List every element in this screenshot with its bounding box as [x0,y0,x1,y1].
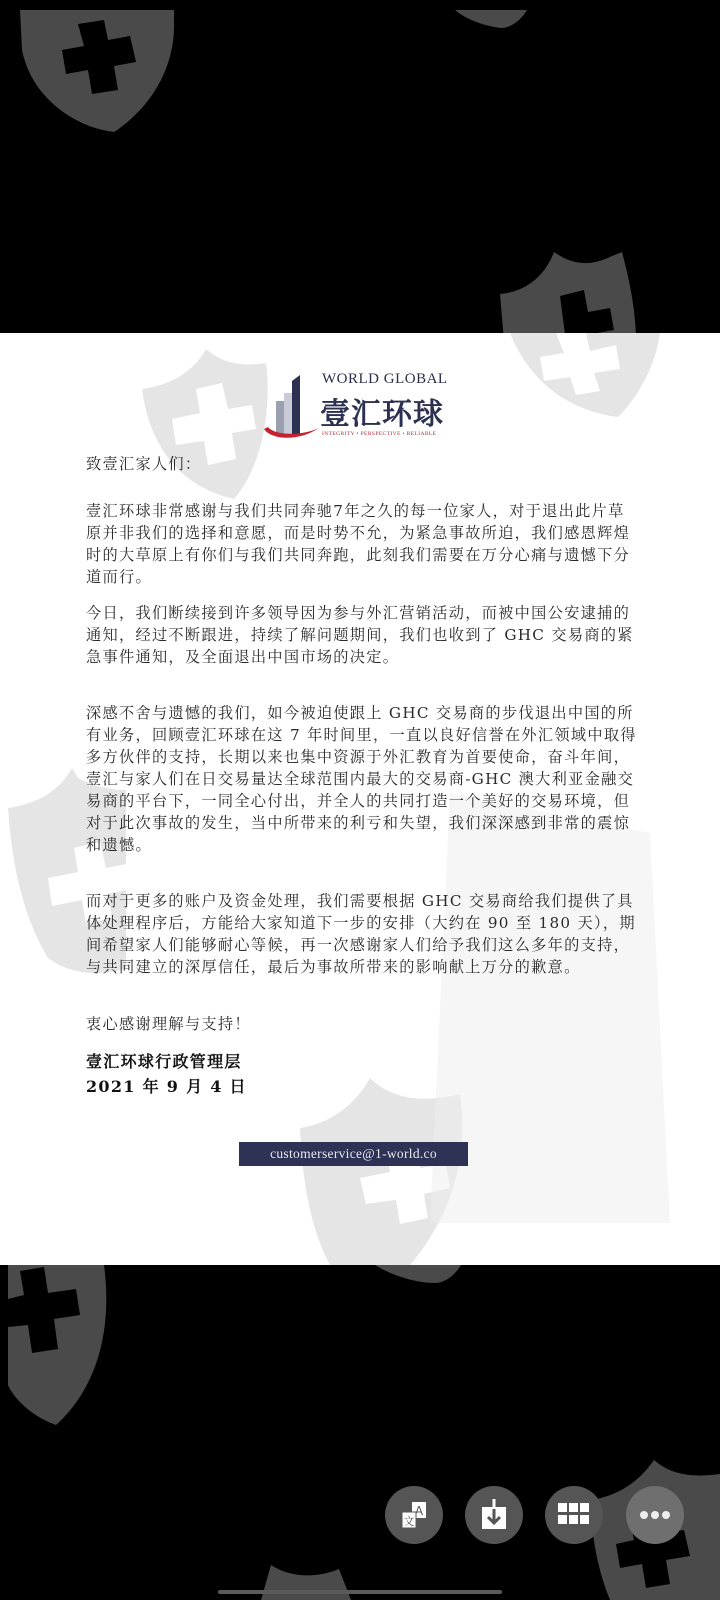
shield-watermark-icon [455,10,535,30]
shield-watermark-icon [8,1265,108,1425]
shield-watermark-icon [142,349,272,499]
signature: 壹汇环球行政管理层 [86,1050,641,1074]
shield-watermark-icon [18,10,178,135]
shield-watermark-icon [255,1565,365,1600]
paragraph: 而对于更多的账户及资金处理，我们需要根据 GHC 交易商给我们提供了具体处理程序… [86,890,641,978]
company-logo: WORLD GLOBAL 壹汇环球 INTEGRITY • PERSPECTIV… [262,367,462,443]
translate-icon: A 文 [398,1499,430,1531]
grid-icon [558,1503,590,1527]
svg-text:文: 文 [404,1515,415,1528]
shield-watermark-icon [500,252,660,342]
grid-button[interactable] [545,1486,603,1544]
save-button[interactable] [465,1486,523,1544]
paragraph: 壹汇环球非常感谢与我们共同奔驰7年之久的每一位家人，对于退出此片草原并非我们的选… [86,500,641,588]
letter-date: 2021 年 9 月 4 日 [86,1075,641,1099]
shield-watermark-icon [510,333,660,418]
logo-chinese-name: 壹汇环球 [320,389,444,433]
closing-line: 衷心感谢理解与支持！ [86,1013,641,1035]
more-button[interactable] [626,1486,684,1544]
building-logo-icon [262,371,322,443]
home-indicator[interactable] [218,1590,502,1594]
contact-email: customerservice@1-world.co [239,1142,468,1166]
logo-english-name: WORLD GLOBAL [322,371,448,388]
download-icon [479,1499,509,1531]
salutation: 致壹汇家人们： [86,453,641,475]
shield-watermark-icon [355,1265,475,1285]
translate-button[interactable]: A 文 [385,1486,443,1544]
more-icon [639,1510,671,1520]
logo-tagline: INTEGRITY • PERSPECTIVE • RELIABLE [322,431,436,437]
letter-image: WORLD GLOBAL 壹汇环球 INTEGRITY • PERSPECTIV… [0,333,720,1265]
paragraph: 今日，我们断续接到许多领导因为参与外汇营销活动，而被中国公安逮捕的通知，经过不断… [86,602,641,668]
paragraph: 深感不舍与遗憾的我们，如今被迫使跟上 GHC 交易商的步伐退出中国的所有业务，回… [86,702,641,856]
